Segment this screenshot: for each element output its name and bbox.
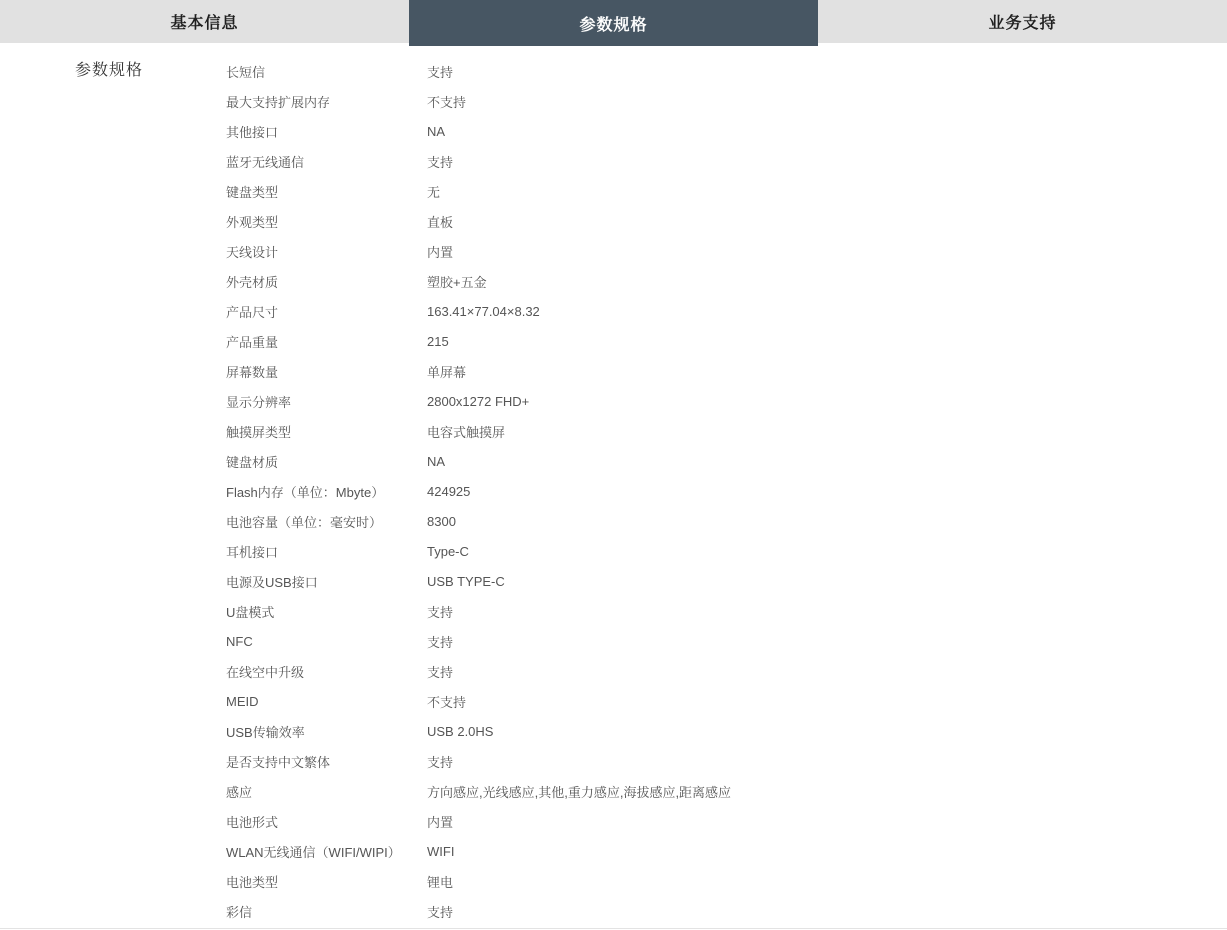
- tab-bar: 基本信息 参数规格 业务支持: [0, 0, 1227, 46]
- spec-label: 触摸屏类型: [226, 422, 427, 441]
- spec-label: 感应: [226, 782, 427, 801]
- spec-label: 在线空中升级: [226, 662, 427, 681]
- spec-label: USB传输效率: [226, 722, 427, 741]
- spec-value: 无: [427, 182, 1227, 201]
- spec-value: 直板: [427, 212, 1227, 231]
- spec-label: NFC: [226, 634, 427, 649]
- spec-label: 天线设计: [226, 242, 427, 261]
- spec-label: 电池容量（单位：毫安时）: [226, 512, 427, 531]
- spec-label: Flash内存（单位：Mbyte）: [226, 482, 427, 501]
- spec-row: 最大支持扩展内存 不支持: [0, 86, 1227, 116]
- spec-value: 内置: [427, 812, 1227, 831]
- spec-value: Type-C: [427, 544, 1227, 559]
- spec-value: 单屏幕: [427, 362, 1227, 381]
- spec-label: 最大支持扩展内存: [226, 92, 427, 111]
- spec-label: WLAN无线通信（WIFI/WIPI）: [226, 842, 427, 861]
- spec-value: 424925: [427, 484, 1227, 499]
- spec-value: 不支持: [427, 692, 1227, 711]
- spec-label: 屏幕数量: [226, 362, 427, 381]
- spec-row: WLAN无线通信（WIFI/WIPI） WIFI: [0, 836, 1227, 866]
- spec-row: 外壳材质 塑胶+五金: [0, 266, 1227, 296]
- section-title: 参数规格: [75, 56, 143, 86]
- spec-value: 163.41×77.04×8.32: [427, 304, 1227, 319]
- spec-row: 在线空中升级 支持: [0, 656, 1227, 686]
- spec-value: 支持: [427, 602, 1227, 621]
- spec-row: 电池类型 锂电: [0, 866, 1227, 896]
- spec-label: 彩信: [226, 902, 427, 921]
- spec-row: USB传输效率 USB 2.0HS: [0, 716, 1227, 746]
- spec-label: 电池类型: [226, 872, 427, 891]
- spec-row: MEID 不支持: [0, 686, 1227, 716]
- spec-label: 电源及USB接口: [226, 572, 427, 591]
- spec-value: USB TYPE-C: [427, 574, 1227, 589]
- spec-value: 支持: [427, 752, 1227, 771]
- spec-row: 其他接口 NA: [0, 116, 1227, 146]
- spec-value: WIFI: [427, 844, 1227, 859]
- spec-row: 感应 方向感应,光线感应,其他,重力感应,海拔感应,距离感应: [0, 776, 1227, 806]
- spec-row: 屏幕数量 单屏幕: [0, 356, 1227, 386]
- spec-label: U盘模式: [226, 602, 427, 621]
- spec-value: 锂电: [427, 872, 1227, 891]
- spec-value: 方向感应,光线感应,其他,重力感应,海拔感应,距离感应: [427, 782, 1227, 801]
- spec-row: 彩信 支持: [0, 896, 1227, 926]
- bottom-divider: [0, 928, 1227, 929]
- spec-row: 键盘材质 NA: [0, 446, 1227, 476]
- spec-label: 其他接口: [226, 122, 427, 141]
- spec-label: 键盘材质: [226, 452, 427, 471]
- spec-row: 触摸屏类型 电容式触摸屏: [0, 416, 1227, 446]
- spec-label: 是否支持中文繁体: [226, 752, 427, 771]
- spec-value: 支持: [427, 632, 1227, 651]
- spec-row: 电源及USB接口 USB TYPE-C: [0, 566, 1227, 596]
- spec-label: 产品重量: [226, 332, 427, 351]
- spec-value: USB 2.0HS: [427, 724, 1227, 739]
- spec-label: 显示分辨率: [226, 392, 427, 411]
- spec-label: 电池形式: [226, 812, 427, 831]
- spec-label: 长短信: [226, 62, 427, 81]
- spec-value: 8300: [427, 514, 1227, 529]
- spec-value: NA: [427, 454, 1227, 469]
- spec-row: 长短信 支持: [0, 56, 1227, 86]
- spec-row: 是否支持中文繁体 支持: [0, 746, 1227, 776]
- tab-basic-info[interactable]: 基本信息: [0, 0, 409, 43]
- spec-label: 外壳材质: [226, 272, 427, 291]
- spec-row: 外观类型 直板: [0, 206, 1227, 236]
- spec-row: 键盘类型 无: [0, 176, 1227, 206]
- spec-value: 内置: [427, 242, 1227, 261]
- spec-label: 产品尺寸: [226, 302, 427, 321]
- spec-row: 耳机接口 Type-C: [0, 536, 1227, 566]
- spec-label: MEID: [226, 694, 427, 709]
- spec-value: 215: [427, 334, 1227, 349]
- spec-value: NA: [427, 124, 1227, 139]
- spec-row: 天线设计 内置: [0, 236, 1227, 266]
- spec-label: 蓝牙无线通信: [226, 152, 427, 171]
- spec-row: Flash内存（单位：Mbyte） 424925: [0, 476, 1227, 506]
- spec-value: 支持: [427, 152, 1227, 171]
- spec-value: 不支持: [427, 92, 1227, 111]
- spec-row: NFC 支持: [0, 626, 1227, 656]
- spec-value: 塑胶+五金: [427, 272, 1227, 291]
- tab-specs[interactable]: 参数规格: [409, 0, 818, 46]
- spec-table: 长短信 支持 最大支持扩展内存 不支持 其他接口 NA 蓝牙无线通信 支持 键盘…: [0, 56, 1227, 926]
- spec-row: 蓝牙无线通信 支持: [0, 146, 1227, 176]
- spec-row: 显示分辨率 2800x1272 FHD+: [0, 386, 1227, 416]
- spec-row: 产品尺寸 163.41×77.04×8.32: [0, 296, 1227, 326]
- spec-row: 电池容量（单位：毫安时） 8300: [0, 506, 1227, 536]
- spec-value: 2800x1272 FHD+: [427, 394, 1227, 409]
- spec-row: U盘模式 支持: [0, 596, 1227, 626]
- spec-row: 产品重量 215: [0, 326, 1227, 356]
- spec-value: 电容式触摸屏: [427, 422, 1227, 441]
- tab-business-support[interactable]: 业务支持: [818, 0, 1227, 43]
- spec-value: 支持: [427, 902, 1227, 921]
- spec-value: 支持: [427, 62, 1227, 81]
- spec-label: 键盘类型: [226, 182, 427, 201]
- spec-row: 电池形式 内置: [0, 806, 1227, 836]
- spec-value: 支持: [427, 662, 1227, 681]
- spec-label: 外观类型: [226, 212, 427, 231]
- spec-label: 耳机接口: [226, 542, 427, 561]
- specs-section: 参数规格 长短信 支持 最大支持扩展内存 不支持 其他接口 NA 蓝牙无线通信 …: [0, 46, 1227, 926]
